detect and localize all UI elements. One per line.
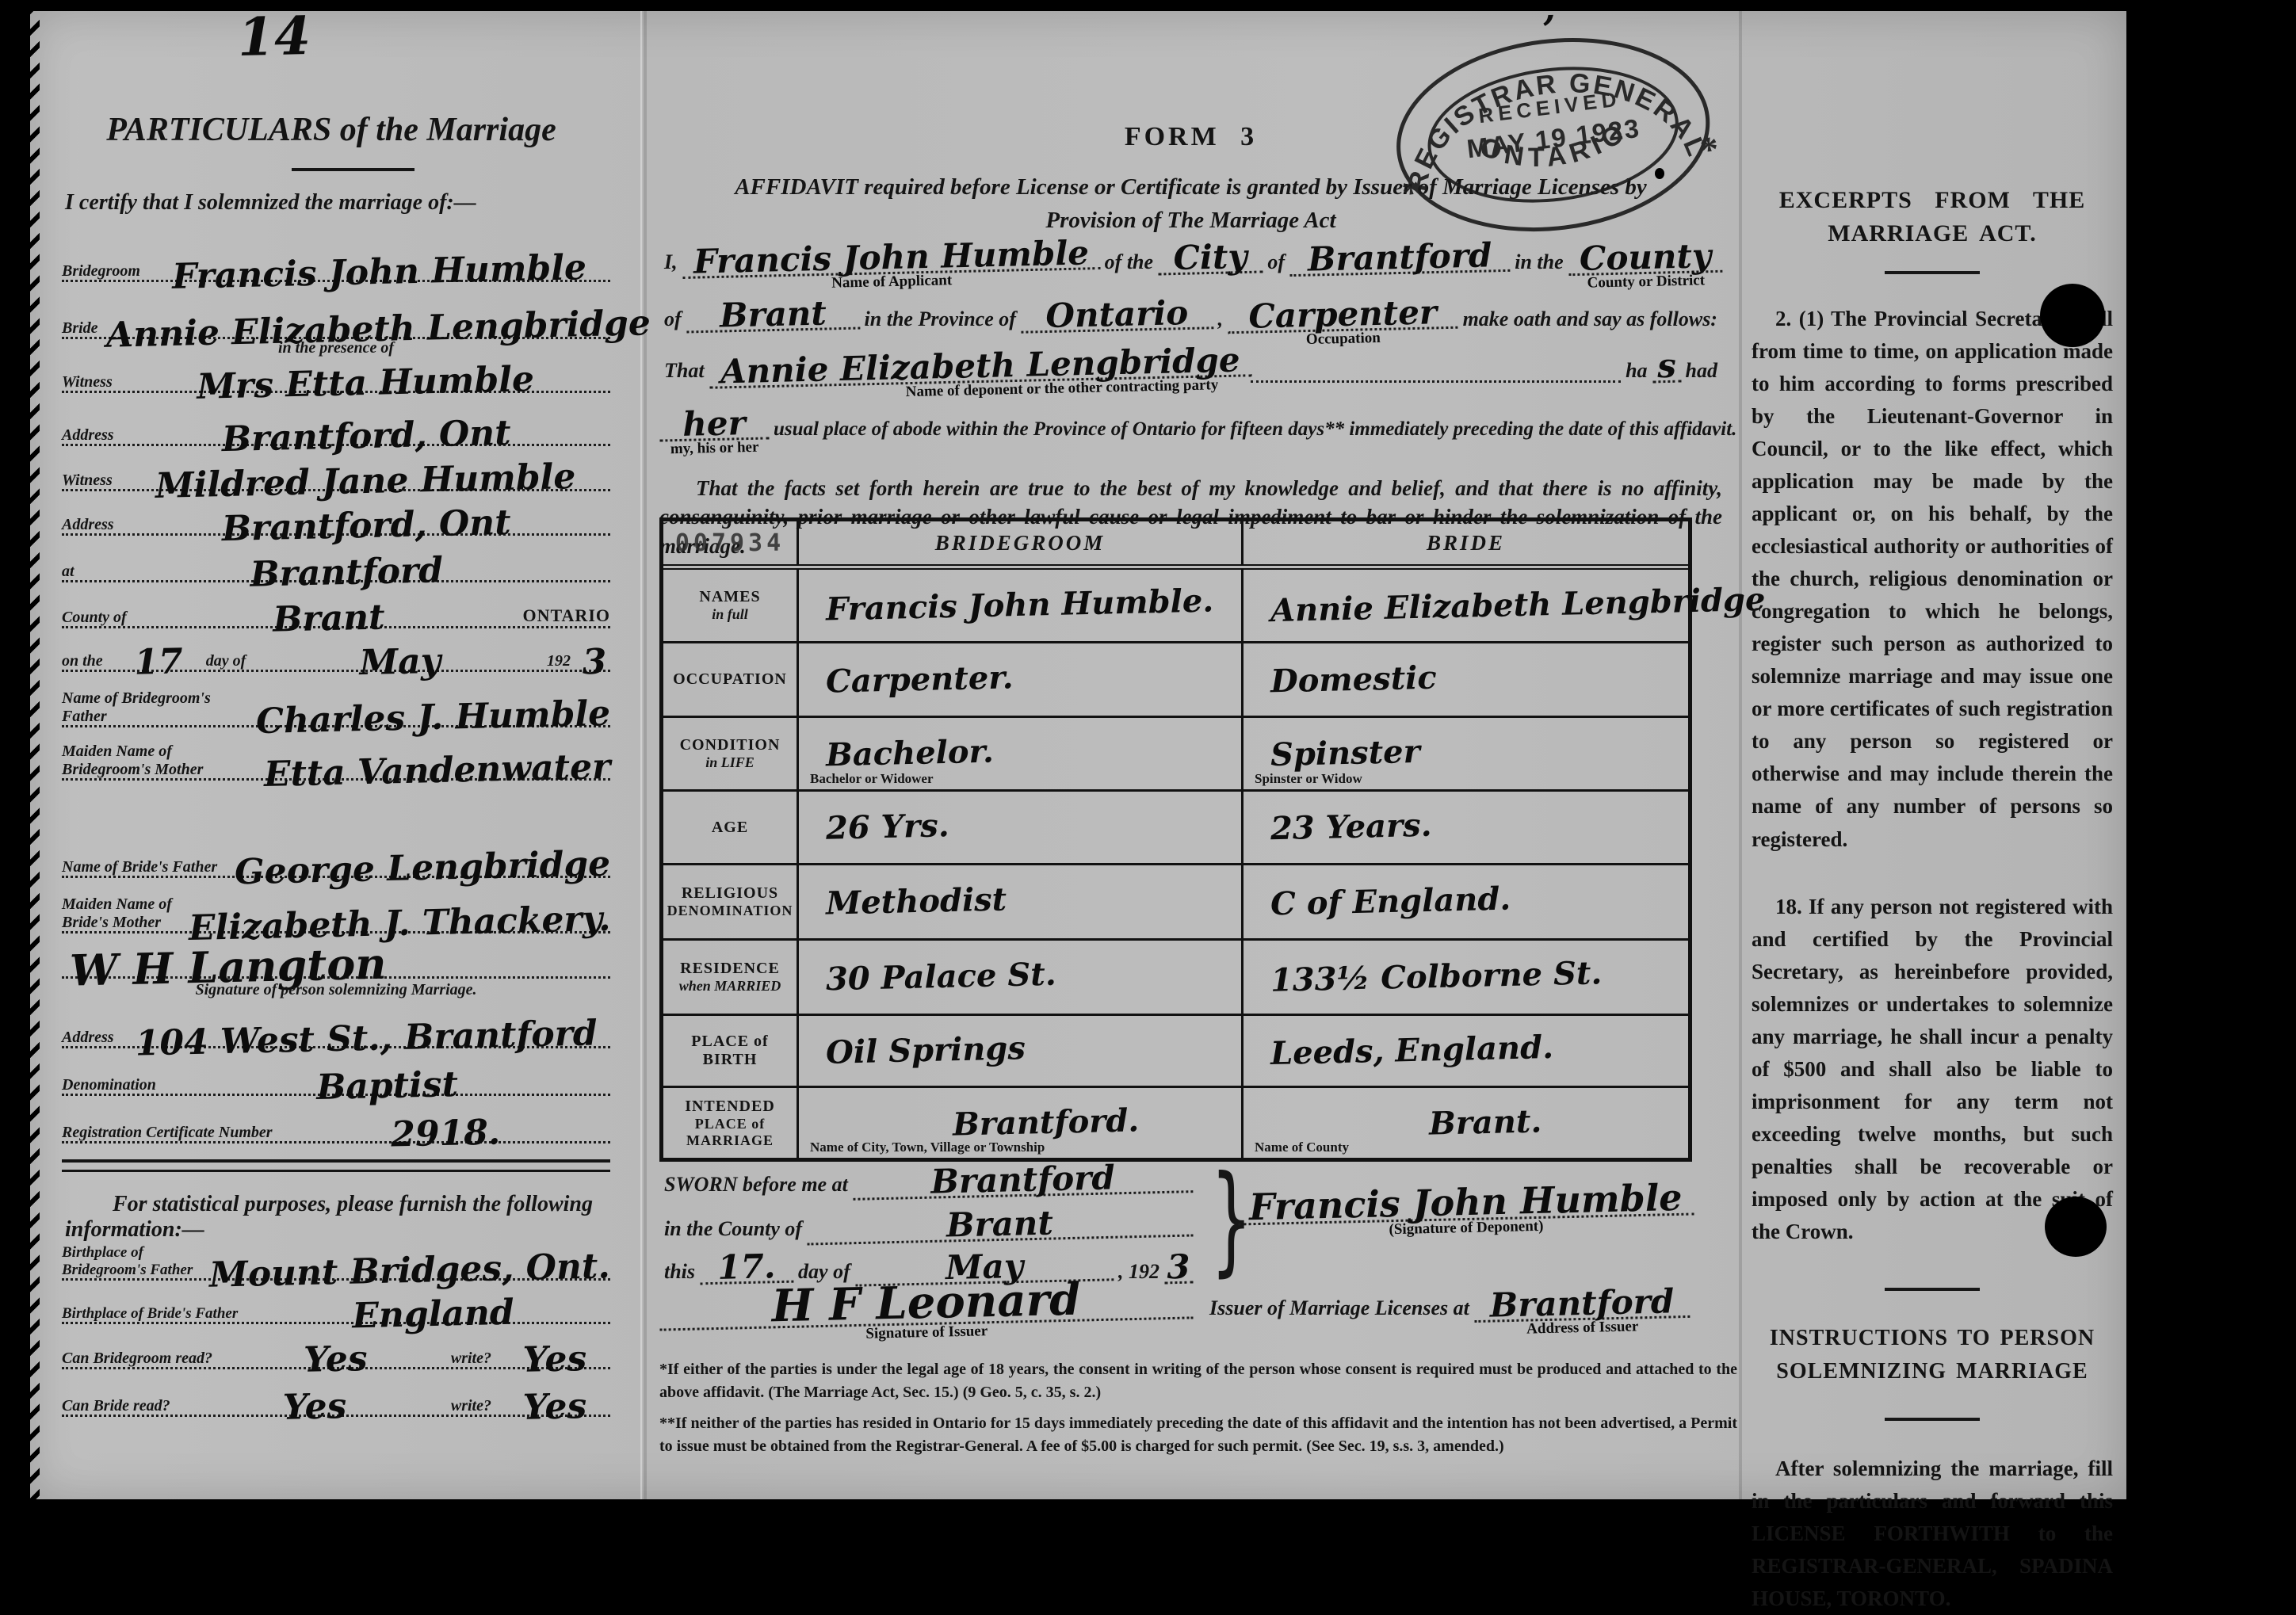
film-deckled-edge (27, 11, 40, 1499)
footnote-2: **If neither of the parties has resided … (659, 1412, 1737, 1458)
handwritten-s: s (1652, 352, 1681, 383)
place-type-text: City (1173, 237, 1247, 277)
field-value: 2918. (280, 1115, 610, 1152)
field-address3: Address 104 West St., Brantford (62, 995, 610, 1048)
bride-value: 133½ Colborne St. (1270, 960, 1603, 994)
bridegroom-value: 26 Yrs. (826, 812, 949, 842)
applicant-name: Francis John HumbleName of Applicant (682, 239, 1100, 279)
row-label-line2: in full (712, 606, 748, 623)
applicant-county-text: Brant (719, 294, 827, 335)
column-header-bridegroom: BRIDEGROOM (797, 521, 1241, 564)
field-witness1: Witness Mrs Etta Humble (62, 343, 610, 393)
issuer-signature-line: H F LeonardSignature of Issuer (659, 1274, 1193, 1325)
applicant-county: Brant (686, 299, 860, 334)
field-can-bride-read: Can Bride read? Yes write? Yes (62, 1364, 610, 1417)
field-label: Bridegroom (62, 262, 140, 280)
bride-value: Annie Elizabeth Lengbridge (1270, 586, 1766, 624)
province-value: Ontario (1020, 299, 1213, 334)
section-divider-rule (62, 1159, 610, 1172)
field-label: Registration Certificate Number (62, 1124, 273, 1141)
title-rule (292, 168, 415, 171)
row-label: RESIDENCEwhen MARRIED (663, 941, 797, 1014)
row-label: NAMESin full (663, 570, 797, 641)
bride-cell: Annie Elizabeth Lengbridge (1241, 570, 1765, 641)
year-handwritten: 3 (579, 647, 611, 677)
row-label-line1: INTENDED (685, 1098, 775, 1116)
table-row-birthplace: PLACE ofBIRTH Oil Springs Leeds, England… (663, 1014, 1688, 1086)
row-label-line1: NAMES (699, 588, 760, 606)
deponent-signature-line: Francis John Humble(Signature of Deponen… (1238, 1170, 1691, 1220)
punch-hole-top (2040, 284, 2105, 347)
day-value: 17 (110, 646, 206, 678)
deponent-signature-label: (Signature of Deponent) (1389, 1218, 1543, 1239)
bride-cell: Leeds, England. (1241, 1016, 1688, 1086)
bridegroom-cell: 30 Palace St. (797, 941, 1241, 1014)
field-registration-number: Registration Certificate Number 2918. (62, 1090, 610, 1143)
serial-cell: 007934 (663, 521, 797, 564)
printed-of2: of (659, 307, 686, 331)
field-label: Name of Bride's Father (62, 858, 227, 876)
field-label: Name of Bridegroom's Father (62, 689, 248, 725)
issuer-address-line: Issuer of Marriage Licenses at Brantford… (1205, 1269, 1690, 1320)
printed-that: That (659, 359, 709, 383)
field-address2: Address Brantford, Ont (62, 483, 610, 536)
bridegroom-cell: Oil Springs (797, 1016, 1241, 1086)
issuer-signature: H F LeonardSignature of Issuer (659, 1279, 1194, 1331)
heading-rule (1885, 271, 1980, 274)
applicant-city: Brantford (1289, 241, 1511, 277)
field-label: Witness (62, 373, 113, 391)
table-row-names: NAMESin full Francis John Humble. Annie … (663, 570, 1688, 641)
excerpt-section-18: 18. If any person not registered with an… (1752, 891, 2113, 1248)
printed-comma: , (1213, 307, 1228, 331)
bridegroom-cell: 26 Yrs. (797, 792, 1241, 863)
table-row-religion: RELIGIOUSDENOMINATION Methodist C of Eng… (663, 863, 1688, 938)
table-header-row: 007934 BRIDEGROOM BRIDE (663, 521, 1688, 570)
row-label: AGE (663, 792, 797, 863)
field-label: Can Bride read? (62, 1397, 170, 1415)
bridegroom-cell: Francis John Humble. (797, 570, 1241, 641)
field-label: on the (62, 652, 103, 670)
dotted-filler (1251, 380, 1621, 383)
her-sublabel: my, his or her (670, 439, 759, 459)
row-label-line1: RELIGIOUS (682, 884, 778, 903)
stamp-star-right-icon: * (1698, 128, 1721, 170)
issuer-address-label: Address of Issuer (1526, 1318, 1639, 1338)
bride-cell: Domestic (1241, 643, 1688, 716)
section-rule (1885, 1288, 1980, 1291)
left-panel-title: PARTICULARS of the Marriage (54, 111, 609, 149)
field-denomination: Denomination Baptist (62, 1043, 610, 1096)
handwritten-s-text: s (1656, 346, 1676, 386)
printed-i: I, (659, 250, 682, 274)
her-text: her (682, 403, 746, 444)
paper-fold-highlight (640, 11, 642, 1499)
page-number: 14 (237, 13, 311, 59)
paper-fold-left (644, 11, 647, 1499)
bride-value: Spinster (1270, 739, 1420, 769)
row-label-line2: DENOMINATION (667, 903, 793, 919)
bridegroom-value: Francis John Humble. (826, 587, 1214, 623)
oath-line-3: That Annie Elizabeth LengbridgeName of d… (659, 332, 1722, 383)
oath-line-4: hermy, his or her usual place of abode w… (659, 390, 1722, 441)
field-bride: Bride Annie Elizabeth Lengbridge (62, 286, 610, 339)
row-label: CONDITIONin LIFE (663, 718, 797, 789)
row-label-line1: AGE (712, 819, 748, 837)
bridegroom-cell: Methodist (797, 865, 1241, 938)
issuer-signature-label: Signature of Issuer (865, 1323, 988, 1342)
table-row-condition: CONDITIONin LIFE Bachelor.Bachelor or Wi… (663, 716, 1688, 789)
row-label-line2: PLACE of MARRIAGE (665, 1116, 795, 1149)
write-value: Yes (499, 1391, 611, 1423)
certify-line: I certify that I solemnized the marriage… (65, 190, 476, 216)
row-label-line2: in LIFE (705, 754, 755, 771)
bride-cell: C of England. (1241, 865, 1688, 938)
year-printed: 192 (547, 652, 571, 670)
field-bridegroom-father: Name of Bridegroom's Father Charles J. H… (62, 674, 610, 727)
table-row-residence: RESIDENCEwhen MARRIED 30 Palace St. 133½… (663, 938, 1688, 1014)
instructions-heading-line1: INSTRUCTIONS TO PERSON (1752, 1326, 2113, 1351)
row-label-line1: OCCUPATION (673, 670, 787, 689)
row-label-line2: when MARRIED (679, 978, 781, 995)
row-label-line2: BIRTH (703, 1051, 758, 1069)
read-value: Yes (178, 1389, 451, 1425)
bride-value: 23 Years. (1270, 812, 1432, 843)
field-solemnizer-signature: W H Langton (62, 907, 610, 979)
field-bride-father: Name of Bride's Father George Lengbridge (62, 825, 610, 878)
printed-issuer-at: Issuer of Marriage Licenses at (1205, 1296, 1474, 1320)
her-value: hermy, his or her (659, 409, 770, 442)
field-bridegroom: Bridegroom Francis John Humble (62, 229, 610, 282)
field-label: day of (206, 652, 246, 670)
row-label-line1: CONDITION (680, 736, 781, 754)
county-word: CountyCounty or District (1568, 242, 1722, 276)
bridegroom-value: Bachelor. (826, 739, 995, 769)
bride-cell: 23 Years. (1241, 792, 1688, 863)
bride-value: Leeds, England. (1270, 1034, 1554, 1067)
column-header-bride: BRIDE (1241, 521, 1688, 564)
bridegroom-cell: Carpenter. (797, 643, 1241, 716)
printed-had: had (1681, 359, 1722, 383)
issuer-place: BrantfordAddress of Issuer (1474, 1287, 1690, 1323)
printed-in-the: in the (1510, 250, 1568, 274)
bride-cell: SpinsterSpinster or Widow (1241, 718, 1688, 789)
cell-sublabel: Spinster or Widow (1255, 771, 1362, 787)
field-at: at Brantford (62, 529, 610, 582)
excerpts-heading-line1: EXCERPTS FROM THE (1752, 187, 2113, 214)
bridegroom-value: Methodist (826, 886, 1007, 917)
field-label: Maiden Name of Bridegroom's Mother (62, 743, 256, 778)
printed-in-province: in the Province of (860, 307, 1021, 331)
field-bridegroom-mother: Maiden Name of Bridegroom's Mother Etta … (62, 727, 610, 781)
excerpt-section-2: 2. (1) The Provincial Secretary shall fr… (1752, 303, 2113, 856)
bride-value: Brant. (1429, 1108, 1542, 1137)
bride-cell: 133½ Colborne St. (1241, 941, 1688, 1014)
printed-ha: ha (1621, 359, 1652, 383)
bride-value: Domestic (1270, 664, 1437, 695)
marriage-act-excerpts-column: EXCERPTS FROM THE MARRIAGE ACT. 2. (1) T… (1752, 187, 2113, 1615)
field-label: Bride (62, 319, 98, 337)
field-can-bridegroom-read: Can Bridegroom read? Yes write? Yes (62, 1316, 610, 1369)
place-type: City (1158, 242, 1263, 276)
instructions-rule (1885, 1418, 1980, 1421)
bridegroom-bride-table: 007934 BRIDEGROOM BRIDE NAMESin full Fra… (659, 517, 1692, 1162)
instructions-paragraph: After solemnizing the marriage, fill in … (1752, 1453, 2113, 1615)
field-value: Etta Vandenwater (263, 752, 610, 789)
cell-sublabel: Bachelor or Widower (810, 771, 934, 787)
bridegroom-cell: Bachelor.Bachelor or Widower (797, 718, 1241, 789)
row-label-line1: PLACE of (691, 1033, 768, 1051)
bridegroom-value: Oil Springs (826, 1035, 1026, 1067)
printed-of-the: of the (1100, 250, 1158, 274)
deponent-signature: Francis John Humble(Signature of Deponen… (1238, 1182, 1694, 1225)
paper-fold-right (1739, 11, 1742, 1499)
ink-dot (1655, 168, 1664, 179)
oath-line-1: I, Francis John HumbleName of Applicant … (659, 223, 1722, 274)
row-label-line1: RESIDENCE (680, 960, 780, 978)
bridegroom-value: Brantford. (953, 1107, 1140, 1138)
serial-number-stamp: 007934 (675, 529, 785, 557)
cell-sublabel: Name of County (1255, 1140, 1349, 1155)
bridegroom-value: Carpenter. (826, 664, 1014, 695)
abode-text: usual place of abode within the Province… (769, 418, 1741, 441)
printed-oath-suffix: make oath and say as follows: (1458, 307, 1722, 331)
table-row-occupation: OCCUPATION Carpenter. Domestic (663, 641, 1688, 716)
instructions-heading-line2: SOLEMNIZING MARRIAGE (1752, 1359, 2113, 1384)
table-row-age: AGE 26 Yrs. 23 Years. (663, 789, 1688, 863)
row-label: OCCUPATION (663, 643, 797, 716)
footnote-1: *If either of the parties is under the l… (659, 1358, 1737, 1404)
printed-of: of (1263, 250, 1289, 274)
occupation-value: CarpenterOccupation (1228, 298, 1458, 334)
deponent-name: Annie Elizabeth LengbridgeName of depone… (709, 346, 1251, 389)
bridegroom-value: 30 Palace St. (826, 961, 1056, 994)
applicant-city-text: Brantford (1307, 236, 1492, 279)
write-label: write? (451, 1397, 491, 1415)
excerpts-heading-line2: MARRIAGE ACT. (1752, 220, 2113, 247)
row-label: PLACE ofBIRTH (663, 1016, 797, 1086)
row-label: RELIGIOUSDENOMINATION (663, 865, 797, 938)
sworn-line-place: SWORN before me at Brantford (659, 1146, 1193, 1197)
province-text: Ontario (1045, 293, 1189, 335)
punch-hole-bottom (2045, 1197, 2107, 1257)
bride-value: C of England. (1270, 886, 1511, 918)
scanned-marriage-affidavit: { "page_number": "14", "ink_mark": "’", … (0, 0, 2296, 1544)
document-paper: 14 PARTICULARS of the Marriage I certify… (30, 11, 2126, 1499)
bride-cell: Brant.Name of County (1241, 1088, 1688, 1158)
oath-line-2: of Brant in the Province of Ontario , Ca… (659, 281, 1722, 331)
field-date: on the 17 day of May 192 3 (62, 619, 610, 672)
